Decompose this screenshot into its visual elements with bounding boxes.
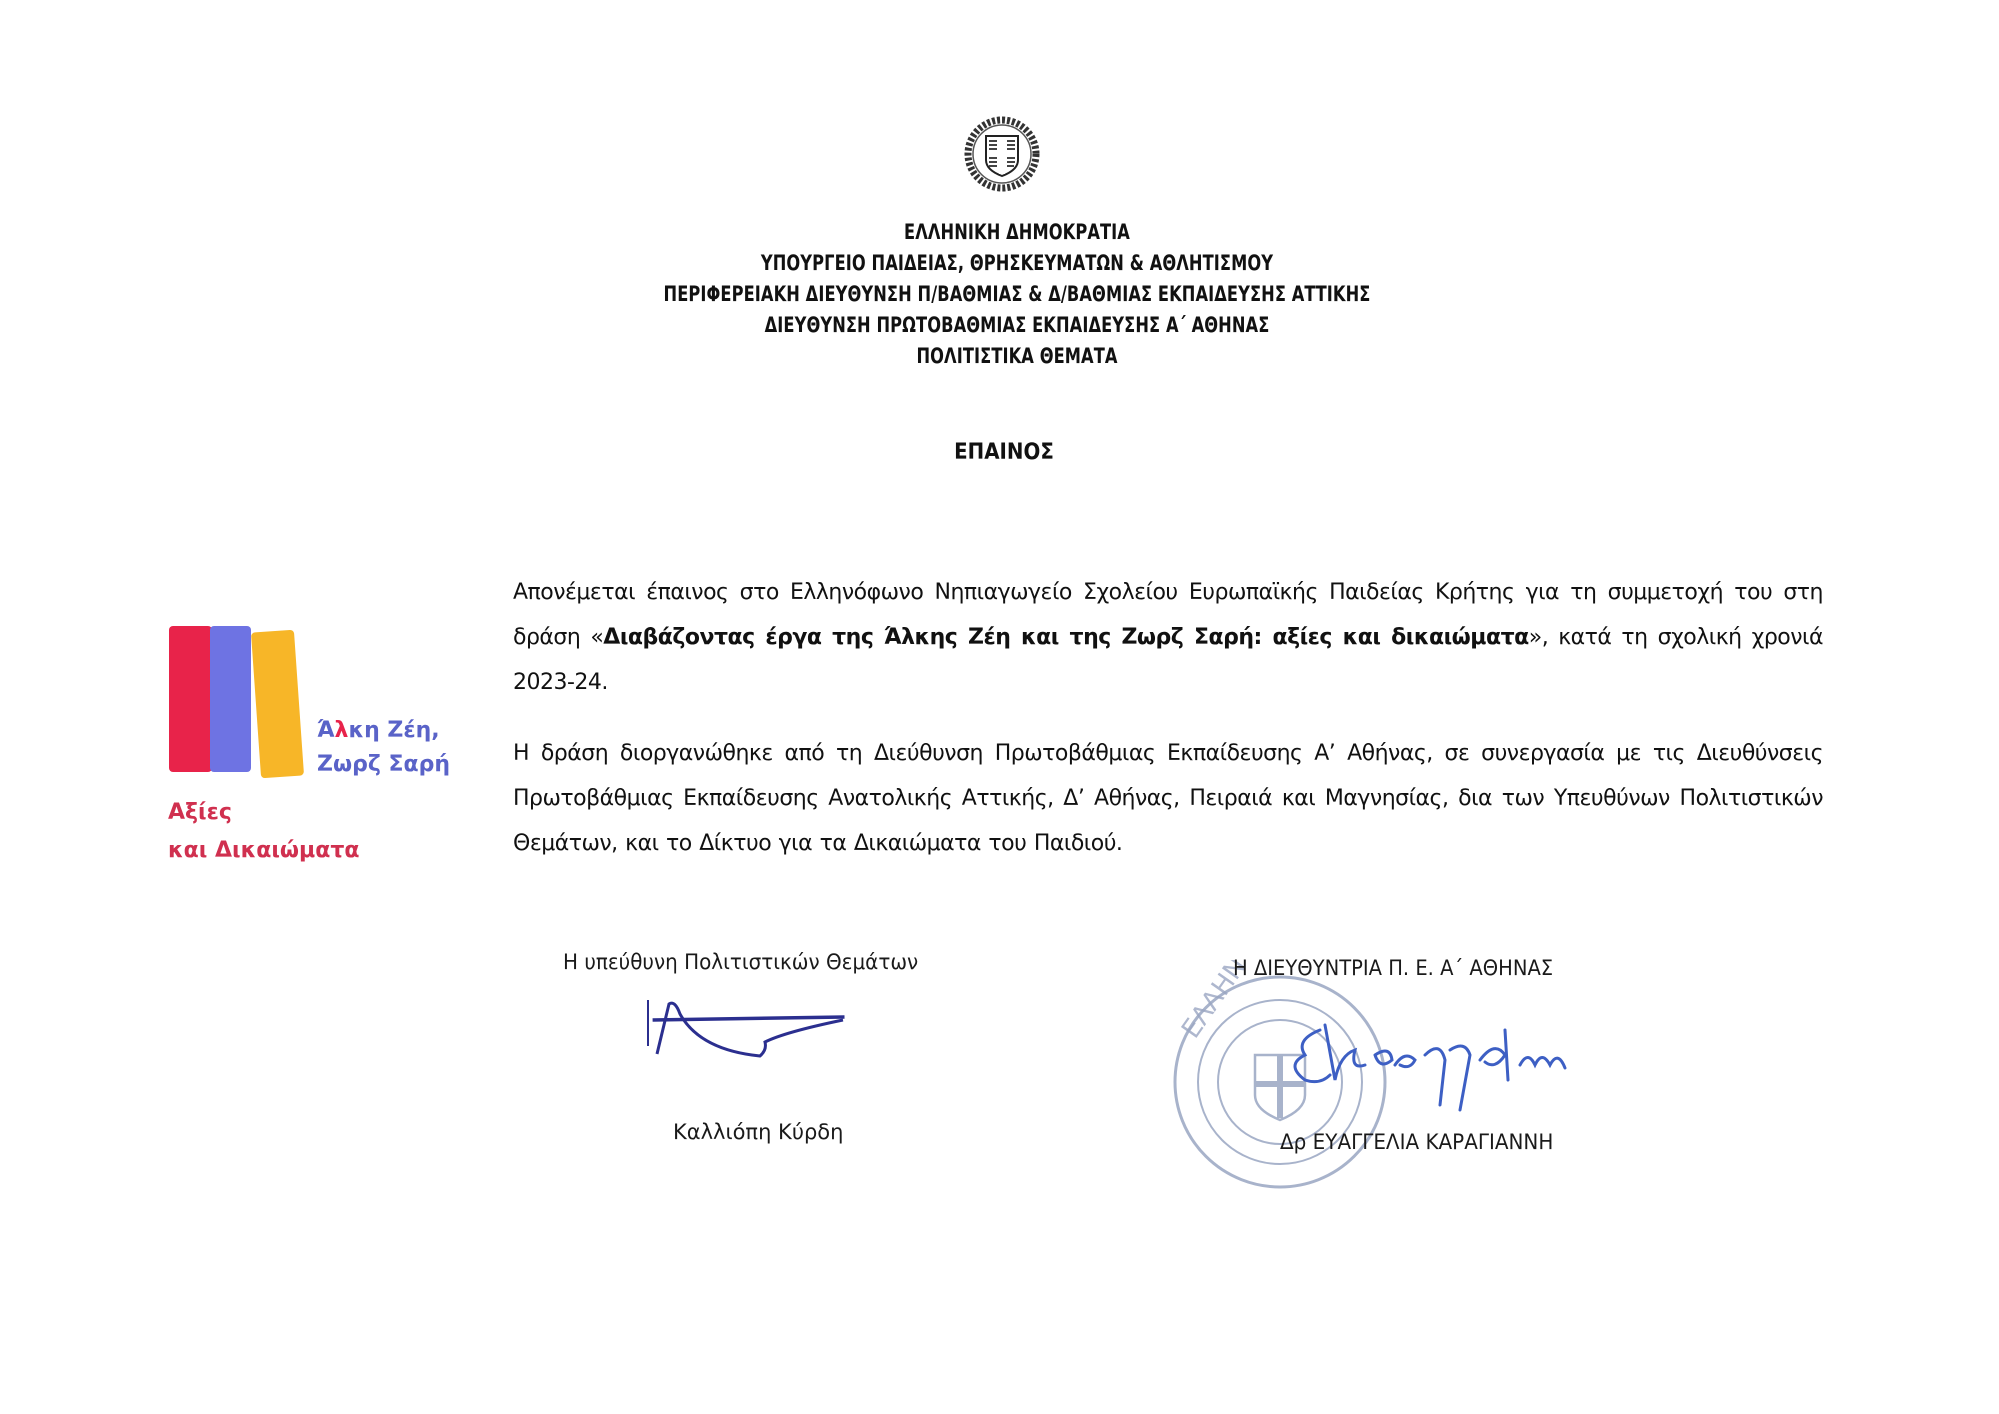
document-title: ΕΠΑΙΝΟΣ (100, 440, 1907, 465)
signature-block-director: ΕΛΛΗΝ Η ΔΙΕΥΘΥΝΤΡΙΑ Π. Ε. Α΄ ΑΘΗΝΑΣ Δρ Ε… (1145, 950, 1645, 1190)
signature-block-cultural-affairs: Η υπεύθυνη Πολιτιστικών Θεμάτων Καλλιόπη… (555, 950, 975, 1160)
organizers-paragraph: Η δράση διοργανώθηκε από τη Διεύθυνση Πρ… (513, 731, 1823, 866)
signatory-name: Καλλιόπη Κύρδη (673, 1120, 843, 1144)
logo-blue-book (210, 626, 251, 772)
greek-coat-of-arms-icon (962, 114, 1042, 194)
project-logo: Άλκη Ζέη, Ζωρζ Σαρή Αξίες και Δικαιώματα (160, 615, 480, 875)
logo-yellow-book (251, 630, 304, 779)
signatory-name: Δρ ΕΥΑΓΓΕΛΙΑ ΚΑΡΑΓΙΑΝΝΗ (1280, 1130, 1553, 1154)
header-line: ΠΟΛΙΤΙΣΤΙΚΑ ΘΕΜΑΤΑ (142, 341, 1891, 372)
logo-tagline: Αξίες και Δικαιώματα (168, 794, 359, 870)
header-line: ΔΙΕΥΘΥΝΣΗ ΠΡΩΤΟΒΑΘΜΙΑΣ ΕΚΠΑΙΔΕΥΣΗΣ Α΄ ΑΘ… (142, 310, 1891, 341)
award-body: Απονέμεται έπαινος στο Ελληνόφωνο Νηπιαγ… (513, 570, 1823, 892)
header-line: ΕΛΛΗΝΙΚΗ ΔΗΜΟΚΡΑΤΙΑ (142, 217, 1891, 248)
handwritten-signature-icon (1280, 1010, 1600, 1120)
issuing-authority-header: ΕΛΛΗΝΙΚΗ ΔΗΜΟΚΡΑΤΙΑ ΥΠΟΥΡΓΕΙΟ ΠΑΙΔΕΙΑΣ, … (142, 217, 1891, 372)
header-line: ΥΠΟΥΡΓΕΙΟ ΠΑΙΔΕΙΑΣ, ΘΡΗΣΚΕΥΜΑΤΩΝ & ΑΘΛΗΤ… (142, 248, 1891, 279)
signatory-role: Η ΔΙΕΥΘΥΝΤΡΙΑ Π. Ε. Α΄ ΑΘΗΝΑΣ (1233, 956, 1553, 980)
logo-red-book (169, 626, 212, 772)
project-title: Διαβάζοντας έργα της Άλκης Ζέη και της Ζ… (603, 625, 1528, 650)
logo-authors: Άλκη Ζέη, Ζωρζ Σαρή (317, 714, 450, 782)
award-paragraph: Απονέμεται έπαινος στο Ελληνόφωνο Νηπιαγ… (513, 570, 1823, 705)
signatory-role: Η υπεύθυνη Πολιτιστικών Θεμάτων (563, 950, 918, 974)
handwritten-signature-icon (645, 990, 845, 1070)
header-line: ΠΕΡΙΦΕΡΕΙΑΚΗ ΔΙΕΥΘΥΝΣΗ Π/ΒΑΘΜΙΑΣ & Δ/ΒΑΘ… (142, 279, 1891, 310)
